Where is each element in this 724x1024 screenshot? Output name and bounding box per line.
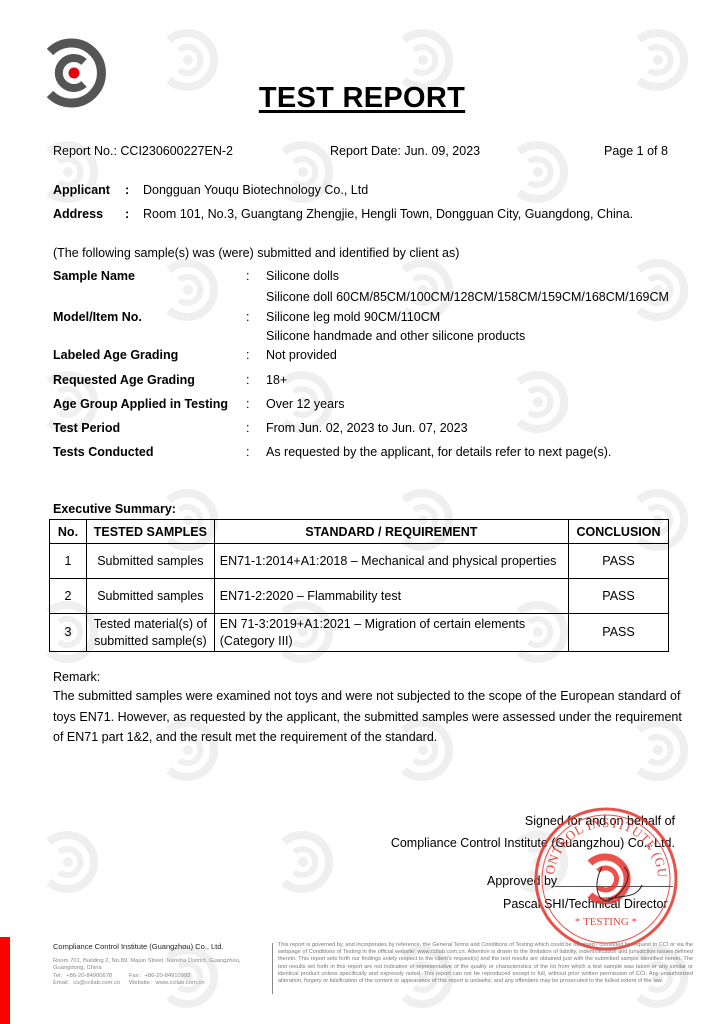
field-label: Model/Item No. <box>53 309 142 325</box>
tested-sample: Submitted samples <box>86 544 214 579</box>
colon: : <box>246 396 249 412</box>
report-number: Report No.: CCI230600227EN-2 <box>53 144 233 158</box>
page-number: Page 1 of 8 <box>604 144 668 158</box>
address-value: Room 101, No.3, Guangtang Zhengjie, Heng… <box>143 206 633 222</box>
watermark-logo-icon <box>155 258 219 322</box>
field-value-line: Silicone leg mold 90CM/110CM <box>266 309 440 325</box>
footer-address-line: Room 701, Building 2, No.89, Majun Stree… <box>53 958 268 965</box>
conclusion: PASS <box>569 544 669 579</box>
tested-sample: Tested material(s) of submitted sample(s… <box>86 614 214 652</box>
table-header-row: No. TESTED SAMPLES STANDARD / REQUIREMEN… <box>50 520 669 544</box>
standard: EN 71-3:2019+A1:2021 – Migration of cert… <box>214 614 568 652</box>
tested-sample-line: submitted sample(s) <box>87 633 214 650</box>
sample-intro: (The following sample(s) was (were) subm… <box>53 245 459 261</box>
field-label: Sample Name <box>53 268 135 284</box>
footer-website: Website：www.ccilab.com.cn <box>129 980 205 986</box>
table-row: 1 Submitted samples EN71-1:2014+A1:2018 … <box>50 544 669 579</box>
watermark-logo-icon <box>505 140 569 204</box>
row-number: 1 <box>50 544 87 579</box>
field-value: Silicone dolls <box>266 268 339 284</box>
column-header: STANDARD / REQUIREMENT <box>214 520 568 544</box>
colon: : <box>125 206 129 222</box>
row-number: 2 <box>50 579 87 614</box>
footer-divider <box>272 943 273 994</box>
footer-email: Email：cs@ccilab.com.cn <box>53 980 129 987</box>
colon: : <box>246 309 249 325</box>
footer-accent-bar <box>0 937 10 1024</box>
field-label: Requested Age Grading <box>53 372 195 388</box>
company-seal-icon: COMPLIANCE CONTROL INSTITUTE (GUANGZHOU)… <box>532 805 680 953</box>
executive-summary-title: Executive Summary: <box>53 502 176 516</box>
standard: EN71-2:2020 – Flammability test <box>214 579 568 614</box>
applicant-label: Applicant <box>53 182 110 198</box>
field-label: Test Period <box>53 420 120 436</box>
column-header: CONCLUSION <box>569 520 669 544</box>
standard: EN71-1:2014+A1:2018 – Mechanical and phy… <box>214 544 568 579</box>
table-row: 2 Submitted samples EN71-2:2020 – Flamma… <box>50 579 669 614</box>
conclusion: PASS <box>569 614 669 652</box>
footer-fax: Fax：+86-20-84910993 <box>129 973 190 979</box>
field-value: From Jun. 02, 2023 to Jun. 07, 2023 <box>266 420 468 436</box>
watermark-logo-icon <box>270 830 334 894</box>
column-header: TESTED SAMPLES <box>86 520 214 544</box>
report-date: Report Date: Jun. 09, 2023 <box>330 144 480 158</box>
colon: : <box>246 268 249 284</box>
address-label: Address <box>53 206 103 222</box>
report-title: TEST REPORT <box>0 82 724 115</box>
colon: : <box>125 182 129 198</box>
footer-company-name: Compliance Control Institute (Guangzhou)… <box>53 942 224 951</box>
field-label: Labeled Age Grading <box>53 347 178 363</box>
field-label: Tests Conducted <box>53 444 153 460</box>
footer-tel: Tel：+86-20-84900678 <box>53 973 129 980</box>
tested-sample-line: Tested material(s) of <box>87 616 214 633</box>
field-label: Age Group Applied in Testing <box>53 396 228 412</box>
watermark-logo-icon <box>505 370 569 434</box>
column-header: No. <box>50 520 87 544</box>
colon: : <box>246 347 249 363</box>
colon: : <box>246 372 249 388</box>
executive-summary-table: No. TESTED SAMPLES STANDARD / REQUIREMEN… <box>49 519 669 652</box>
remark-body: The submitted samples were examined not … <box>53 686 683 748</box>
row-number: 3 <box>50 614 87 652</box>
tested-sample: Submitted samples <box>86 579 214 614</box>
colon: : <box>246 444 249 460</box>
field-value: Not provided <box>266 347 337 363</box>
field-value-line: Silicone doll 60CM/85CM/100CM/128CM/158C… <box>266 289 669 305</box>
field-value: Over 12 years <box>266 396 345 412</box>
footer-legal-text: This report is governed by, and incorpor… <box>278 942 693 985</box>
standard-line: (Category III) <box>220 633 568 650</box>
colon: : <box>246 420 249 436</box>
standard-line: EN 71-3:2019+A1:2021 – Migration of cert… <box>220 616 568 633</box>
conclusion: PASS <box>569 579 669 614</box>
field-value: 18+ <box>266 372 287 388</box>
watermark-logo-icon <box>35 830 99 894</box>
remark-title: Remark: <box>53 670 100 684</box>
footer-address-line: Guangdong, China <box>53 965 268 972</box>
footer-contact: Room 701, Building 2, No.89, Majun Stree… <box>53 958 268 988</box>
seal-bottom-text: * TESTING * <box>575 916 637 928</box>
field-value-line: Silicone handmade and other silicone pro… <box>266 328 525 344</box>
field-value: As requested by the applicant, for detai… <box>266 444 611 460</box>
table-row: 3 Tested material(s) of submitted sample… <box>50 614 669 652</box>
applicant-value: Dongguan Youqu Biotechnology Co., Ltd <box>143 182 368 198</box>
